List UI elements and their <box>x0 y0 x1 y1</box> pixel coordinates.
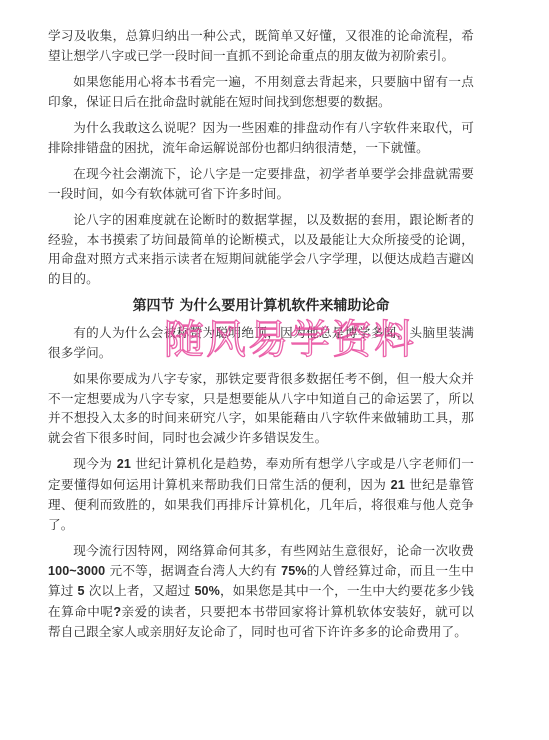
text-segment: 现今为 <box>73 456 117 471</box>
text-segment: 元不等，据调查台湾人大约有 <box>105 563 281 578</box>
document-page: 学习及收集，总算归纳出一种公式，既简单又好懂，又很准的论命流程，希望让想学八字或… <box>48 26 474 649</box>
paragraph-become-expert: 如果你要成为八字专家，那铁定要背很多数据任考不倒，但一般大众并不一定想要成为八字… <box>48 369 474 447</box>
text-segment: 现今流行因特网，网络算命何其多，有些网站生意很好，论命一次收费 <box>73 543 474 558</box>
number-21: 21 <box>391 478 405 492</box>
paragraph-memory-guarantee: 如果您能用心将本书看完一遍，不用刻意去背起来，只要脑中留有一点印象，保证日后在批… <box>48 72 474 111</box>
question-mark: ? <box>113 605 121 619</box>
number-21: 21 <box>117 457 131 471</box>
paragraph-software-saves-time: 在现今社会潮流下，论八字是一定要排盘，初学者单要学会排盘就需要一段时间，如今有软… <box>48 164 474 203</box>
percent-75: 75% <box>281 564 307 578</box>
count-5: 5 <box>78 584 85 598</box>
paragraph-why-claim: 为什么我敢这么说呢？因为一些困难的排盘动作有八字软件来取代，可排除排错盘的困扰，… <box>48 118 474 157</box>
paragraph-internet-fortune: 现今流行因特网，网络算命何其多，有些网站生意很好，论命一次收费 100~3000… <box>48 541 474 642</box>
paragraph-smart-people: 有的人为什么会被称赞为聪明绝顶，因为他总是博学多闻，头脑里装满很多学问。 <box>48 323 474 362</box>
text-segment: 次以上者，又超过 <box>85 583 195 598</box>
percent-50: 50% <box>194 584 220 598</box>
paragraph-21st-century: 现今为 21 世纪计算机化是趋势，奉劝所有想学八字或是八字老师们一定要懂得如何运… <box>48 454 474 534</box>
paragraph-intro-continued: 学习及收集，总算归纳出一种公式，既简单又好懂，又很准的论命流程，希望让想学八字或… <box>48 26 474 65</box>
paragraph-difficulty: 论八字的困难度就在论断时的数据掌握，以及数据的套用，跟论断者的经验，本书摸索了坊… <box>48 210 474 288</box>
section-heading: 第四节 为什么要用计算机软件来辅助论命 <box>48 295 474 317</box>
price-range: 100~3000 <box>48 564 105 578</box>
